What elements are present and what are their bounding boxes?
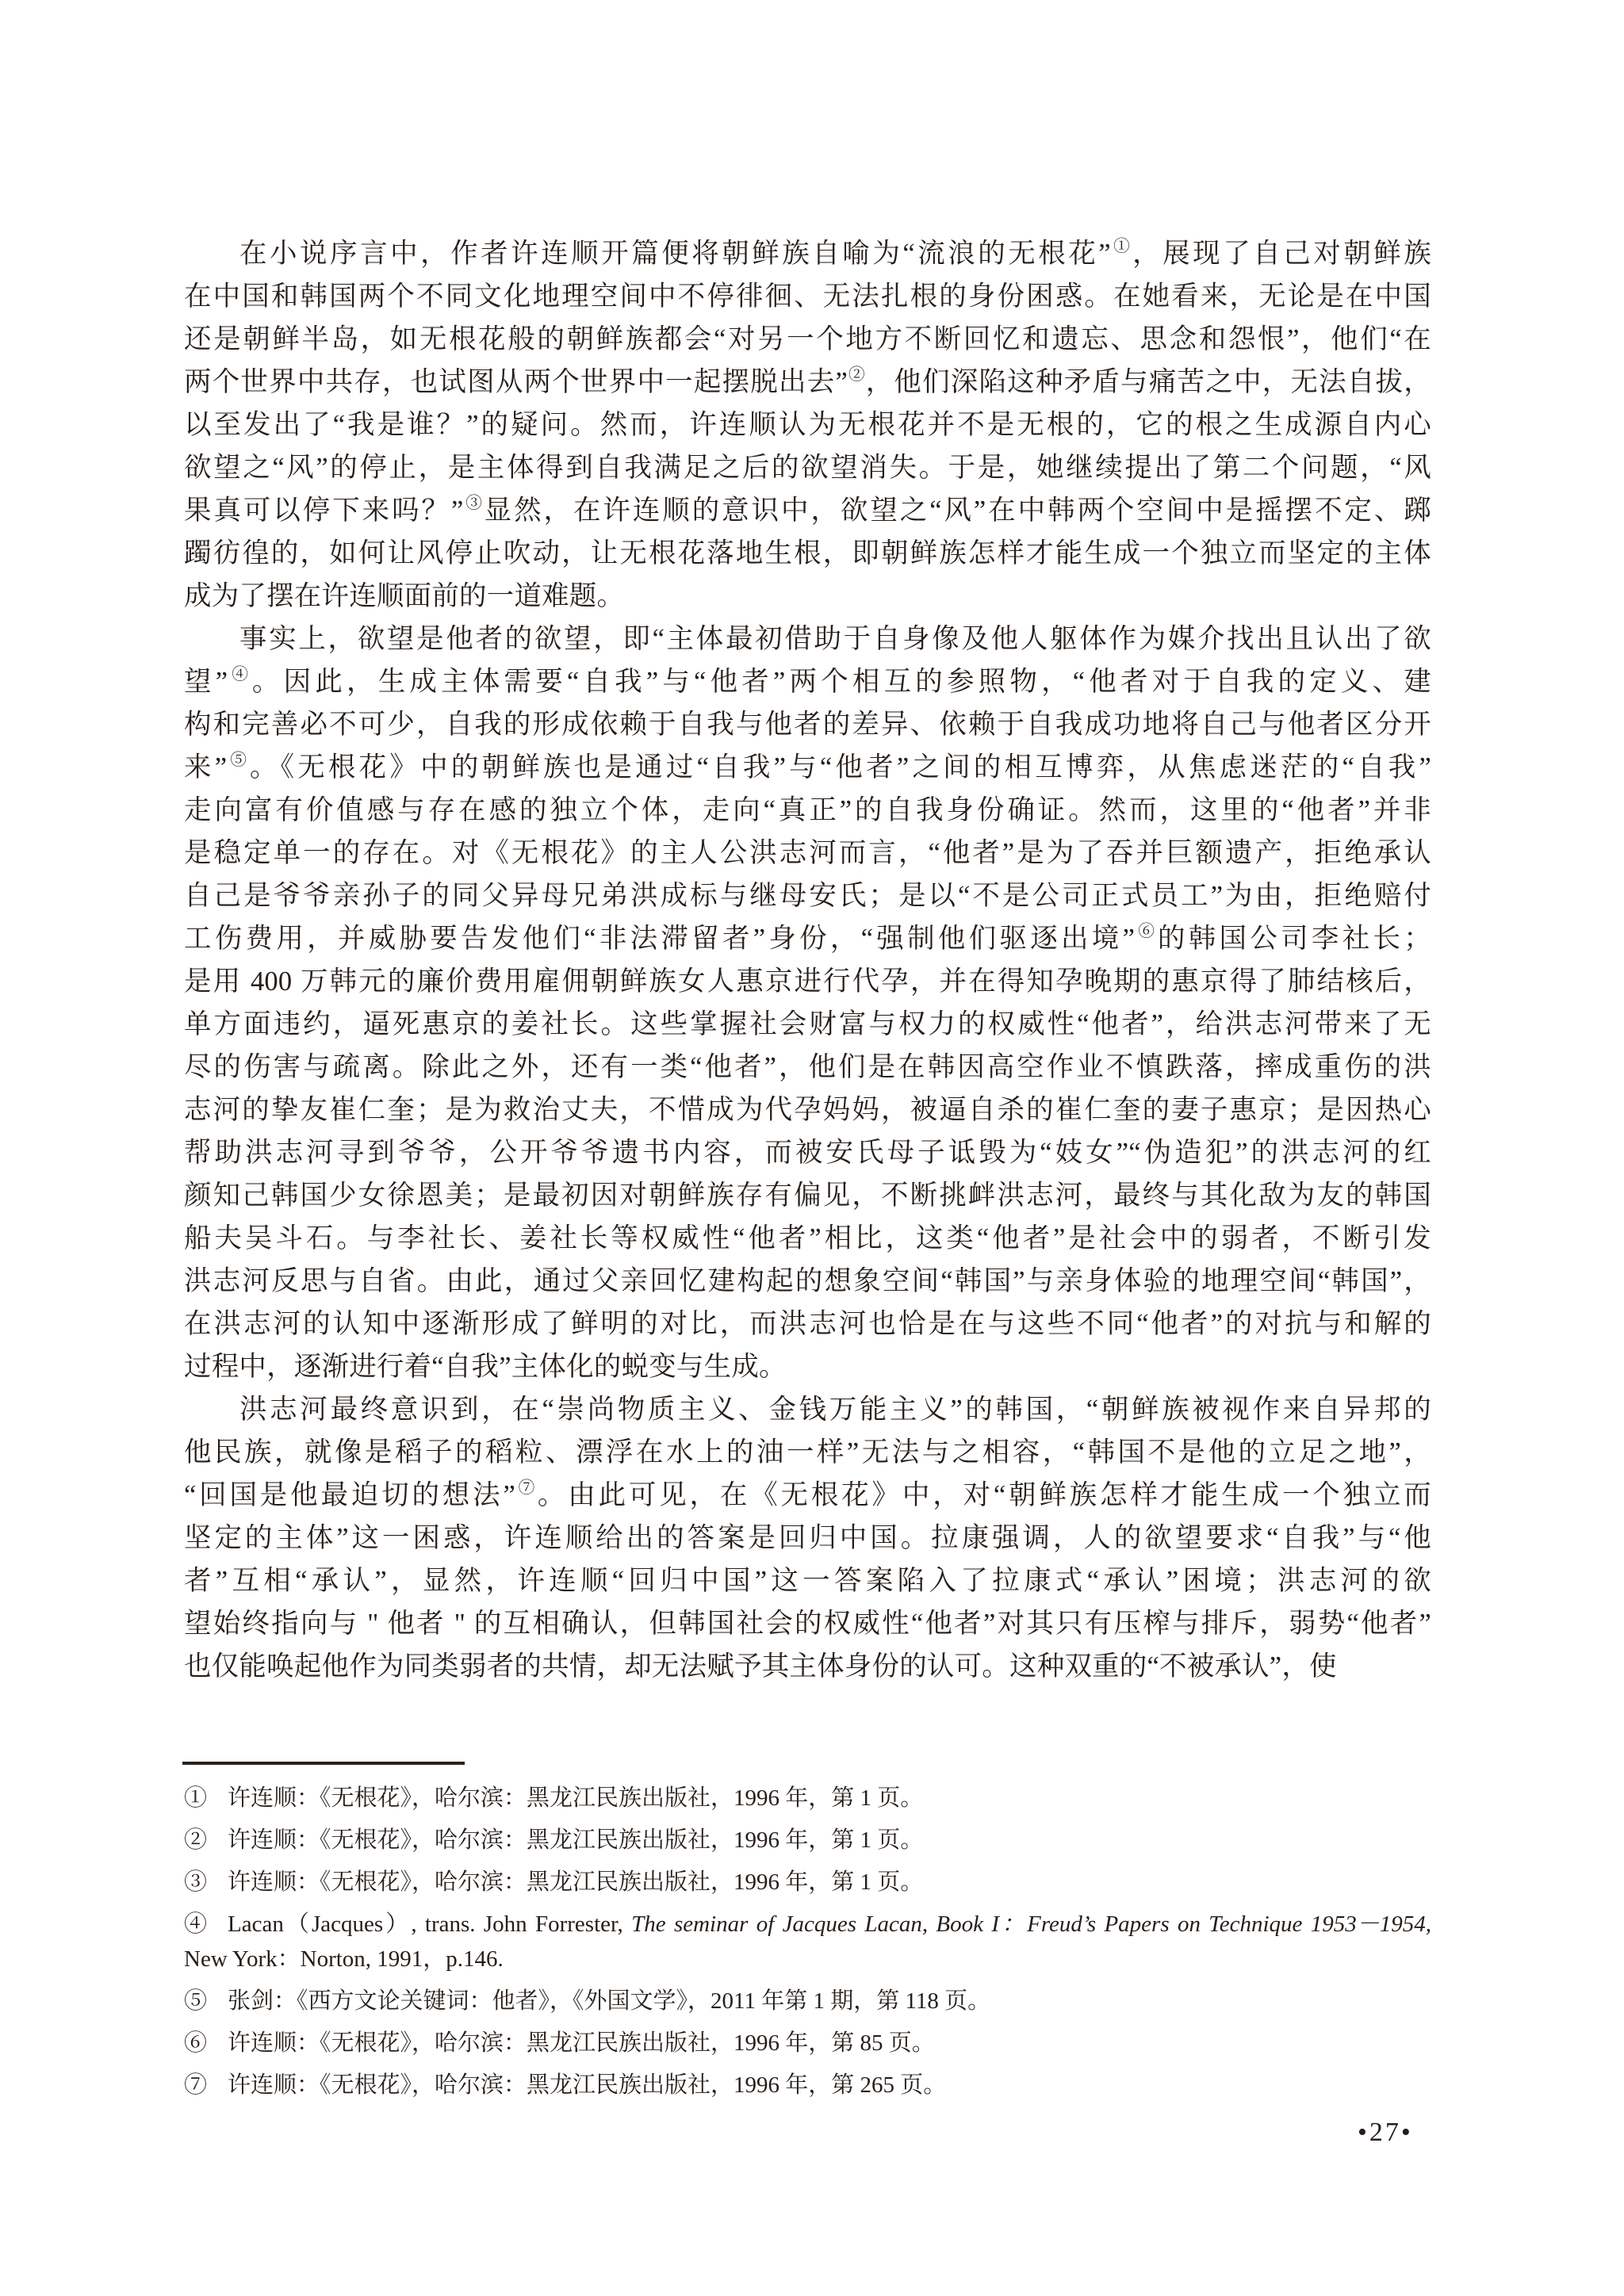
footnote-text-italic: The seminar of Jacques Lacan, Book I：Fre… [631,1911,1431,1937]
footnote-marker: ④ [184,1907,207,1942]
footnote-text: 许连顺：《无根花》，哈尔滨：黑龙江民族出版社，1996 年，第 1 页。 [228,1869,923,1895]
body-line: 构和完善必不可少，自我的形成依赖于自我与他者的差异、依赖于自我成功地将自己与他者… [184,703,1431,746]
footnote-text: Lacan（Jacques）, trans. John Forrester, T… [184,1911,1431,1972]
body-line: 还是朝鲜半岛，如无根花般的朝鲜族都会“对另一个地方不断回忆和遗忘、思念和怨恨”，… [184,318,1431,361]
footnote-item: ⑦许连顺：《无根花》，哈尔滨：黑龙江民族出版社，1996 年，第 265 页。 [184,2068,1431,2103]
footnotes: ①许连顺：《无根花》，哈尔滨：黑龙江民族出版社，1996 年，第 1 页。②许连… [184,1781,1431,2110]
body-line: 自己是爷爷亲孙子的同父异母兄弟洪成标与继母安氏；是以“不是公司正式员工”为由，拒… [184,874,1431,917]
body-line: 事实上，欲望是他者的欲望，即“主体最初借助于自身像及他人躯体作为媒介找出且认出了… [184,618,1431,660]
footnote-item: ③许连顺：《无根花》，哈尔滨：黑龙江民族出版社，1996 年，第 1 页。 [184,1865,1431,1900]
footnote-ref: ① [1111,238,1132,255]
body-line: 躅彷徨的，如何让风停止吹动，让无根花落地生根，即朝鲜族怎样才能生成一个独立而坚定… [184,532,1431,575]
footnote-text: 张剑：《西方文论关键词：他者》，《外国文学》，2011 年第 1 期，第 118… [228,1988,990,2014]
body-line: 颜知己韩国少女徐恩美；是最初因对朝鲜族存有偏见，不断挑衅洪志河，最终与其化敌为友… [184,1174,1431,1217]
footnote-ref: ⑤ [227,752,250,769]
body-line: 欲望之“风”的停止，是主体得到自我满足之后的欲望消失。于是，她继续提出了第二个问… [184,446,1431,489]
footnote-text: 许连顺：《无根花》，哈尔滨：黑龙江民族出版社，1996 年，第 1 页。 [228,1785,923,1811]
footnote-text: 许连顺：《无根花》，哈尔滨：黑龙江民族出版社，1996 年，第 265 页。 [228,2072,946,2098]
body-line: 也仅能唤起他作为同类弱者的共情，却无法赋予其主体身份的认可。这种双重的“不被承认… [184,1645,1431,1688]
footnote-text-plain: New York：Norton, 1991，p.146. [184,1946,504,1972]
body-line: 是稳定单一的存在。对《无根花》的主人公洪志河而言，“他者”是为了吞并巨额遗产，拒… [184,832,1431,874]
page-number: •27• [1358,2115,1413,2150]
body-line: 在小说序言中，作者许连顺开篇便将朝鲜族自喻为“流浪的无根花”①，展现了自己对朝鲜… [184,232,1431,275]
body-line: 过程中，逐渐进行着“自我”主体化的蜕变与生成。 [184,1345,1431,1388]
body-line: 者”互相“承认”，显然，许连顺“回归中国”这一答案陷入了拉康式“承认”困境；洪志… [184,1559,1431,1602]
body-line: 洪志河最终意识到，在“崇尚物质主义、金钱万能主义”的韩国，“朝鲜族被视作来自异邦… [184,1388,1431,1431]
document-page: 在小说序言中，作者许连顺开篇便将朝鲜族自喻为“流浪的无根花”①，展现了自己对朝鲜… [0,0,1624,2296]
body-line: 坚定的主体”这一困惑，许连顺给出的答案是回归中国。拉康强调，人的欲望要求“自我”… [184,1517,1431,1559]
body-line: 以至发出了“我是谁？”的疑问。然而，许连顺认为无根花并不是无根的，它的根之生成源… [184,404,1431,446]
body-line: 两个世界中共存，也试图从两个世界中一起摆脱出去”②，他们深陷这种矛盾与痛苦之中，… [184,361,1431,404]
body-line: 望”④。因此，生成主体需要“自我”与“他者”两个相互的参照物，“他者对于自我的定… [184,660,1431,703]
body-line: 望始终指向与 " 他者 " 的互相确认，但韩国社会的权威性“他者”对其只有压榨与… [184,1602,1431,1645]
body-line: 在洪志河的认知中逐渐形成了鲜明的对比，而洪志河也恰是在与这些不同“他者”的对抗与… [184,1303,1431,1345]
footnote-marker: ② [184,1823,207,1858]
footnote-marker: ① [184,1781,207,1816]
footnote-text: 许连顺：《无根花》，哈尔滨：黑龙江民族出版社，1996 年，第 85 页。 [228,2030,935,2056]
footnote-marker: ⑤ [184,1984,207,2019]
body-text: 在小说序言中，作者许连顺开篇便将朝鲜族自喻为“流浪的无根花”①，展现了自己对朝鲜… [184,232,1431,1688]
body-line: 是用 400 万韩元的廉价费用雇佣朝鲜族女人惠京进行代孕，并在得知孕晚期的惠京得… [184,960,1431,1003]
body-line: 洪志河反思与自省。由此，通过父亲回忆建构起的想象空间“韩国”与亲身体验的地理空间… [184,1260,1431,1303]
footnote-text: 许连顺：《无根花》，哈尔滨：黑龙江民族出版社，1996 年，第 1 页。 [228,1827,923,1853]
footnote-item: ⑥许连顺：《无根花》，哈尔滨：黑龙江民族出版社，1996 年，第 85 页。 [184,2026,1431,2061]
body-line: 工伤费用，并威胁要告发他们“非法滞留者”身份，“强制他们驱逐出境”⑥的韩国公司李… [184,917,1431,960]
body-line: 帮助洪志河寻到爷爷，公开爷爷遗书内容，而被安氏母子诋毁为“妓女”“伪造犯”的洪志… [184,1131,1431,1174]
body-line: 船夫吴斗石。与李社长、姜社长等权威性“他者”相比，这类“他者”是社会中的弱者，不… [184,1217,1431,1260]
footnote-ref: ⑥ [1135,923,1158,940]
footnote-item: ①许连顺：《无根花》，哈尔滨：黑龙江民族出版社，1996 年，第 1 页。 [184,1781,1431,1816]
footnote-separator [182,1762,465,1765]
footnote-ref: ⑦ [515,1479,538,1497]
footnote-marker: ⑥ [184,2026,207,2061]
footnote-ref: ② [848,366,866,384]
footnote-item: ②许连顺：《无根花》，哈尔滨：黑龙江民族出版社，1996 年，第 1 页。 [184,1823,1431,1858]
body-line: 志河的挚友崔仁奎；是为救治丈夫，不惜成为代孕妈妈，被逼自杀的崔仁奎的妻子惠京；是… [184,1089,1431,1131]
footnote-text-plain: Lacan（Jacques）, trans. John Forrester, [228,1911,631,1937]
body-line: 尽的伤害与疏离。除此之外，还有一类“他者”，他们是在韩因高空作业不慎跌落，摔成重… [184,1046,1431,1089]
body-line: 单方面违约，逼死惠京的姜社长。这些掌握社会财富与权力的权威性“他者”，给洪志河带… [184,1003,1431,1046]
footnote-item: ④Lacan（Jacques）, trans. John Forrester, … [184,1907,1431,1976]
body-line: 他民族，就像是稻子的稻粒、漂浮在水上的油一样”无法与之相容，“韩国不是他的立足之… [184,1431,1431,1474]
footnote-ref: ④ [228,666,252,683]
footnote-marker: ⑦ [184,2068,207,2103]
body-line: 成为了摆在许连顺面前的一道难题。 [184,575,1431,618]
footnote-marker: ③ [184,1865,207,1900]
body-line: 果真可以停下来吗？”③显然，在许连顺的意识中，欲望之“风”在中韩两个空间中是摇摆… [184,489,1431,532]
footnote-item: ⑤张剑：《西方文论关键词：他者》，《外国文学》，2011 年第 1 期，第 11… [184,1984,1431,2019]
body-line: 走向富有价值感与存在感的独立个体，走向“真正”的自我身份确证。然而，这里的“他者… [184,789,1431,832]
footnote-ref: ③ [463,495,484,512]
body-line: 在中国和韩国两个不同文化地理空间中不停徘徊、无法扎根的身份困惑。在她看来，无论是… [184,275,1431,318]
body-line: “回国是他最迫切的想法”⑦。由此可见，在《无根花》中，对“朝鲜族怎样才能生成一个… [184,1474,1431,1517]
body-line: 来”⑤。《无根花》中的朝鲜族也是通过“自我”与“他者”之间的相互博弈，从焦虑迷茫… [184,746,1431,789]
